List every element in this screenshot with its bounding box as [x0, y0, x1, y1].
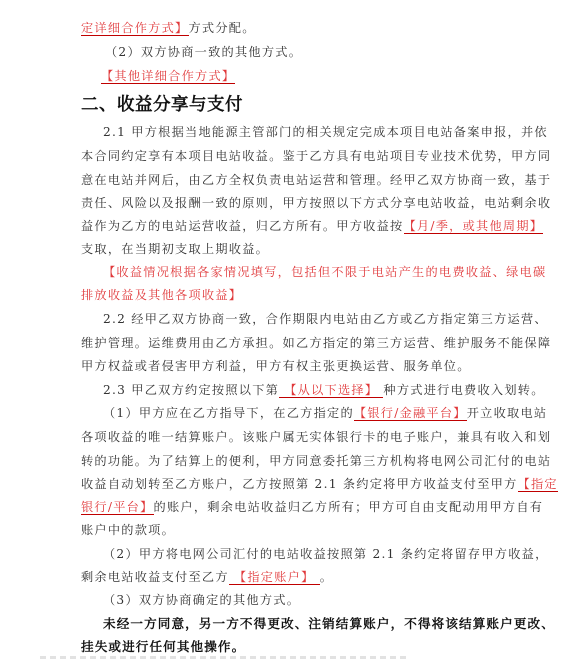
paragraph-line: （1）甲方应在乙方指导下，在乙方指定的【银行/金融平台】开立收取电站 — [103, 401, 547, 425]
placeholder-field[interactable]: 【指定 — [518, 477, 558, 492]
paragraph-line: 益作为乙方的电站运营收益，归乙方所有。甲方收益按【月/季，或其他周期】 — [81, 214, 543, 238]
bold-clause: 未经一方同意，另一方不得更改、注销结算账户，不得将该结算账户更改、 — [103, 612, 555, 636]
paragraph-line: 2.2 经甲乙双方协商一致，合作期限内电站由乙方或乙方指定第三方运营、 — [103, 307, 548, 331]
paragraph-line: 剩余电站收益支付至乙方 【指定账户】 。 — [81, 565, 333, 589]
placeholder-field[interactable]: 定详细合作方式】 — [81, 21, 189, 36]
paragraph-line: 维护管理。运维费用由乙方承担。如乙方指定的第三方运营、维护服务不能保障 — [81, 331, 551, 355]
paragraph-line: 2.1 甲方根据当地能源主管部门的相关规定完成本项目电站备案申报，并依 — [103, 120, 548, 144]
placeholder-note: 【收益情况根据各家情况填写，包括但不限于电站产生的电费收益、绿电碳 — [103, 260, 546, 284]
text-segment: 种方式进行电费收入划转。 — [383, 383, 544, 397]
paragraph-line: 定详细合作方式】方式分配。 — [81, 16, 256, 40]
text-segment: 。 — [320, 570, 333, 584]
paragraph-line: 转的功能。为了结算上的便利，甲方同意委托第三方机构将电网公司汇付的电站 — [81, 449, 551, 473]
text-segment: 开立收取电站 — [467, 406, 548, 420]
paragraph-line: 【其他详细合作方式】 — [101, 64, 235, 88]
paragraph-line: 本合同约定享有本项目电站收益。鉴于乙方具有电站项目专业技术优势，甲方同 — [81, 144, 551, 168]
paragraph-line: 甲方权益或者侵害甲方利益，甲方有权主张更换运营、服务单位。 — [81, 354, 471, 378]
paragraph-line: 账户中的款项。 — [81, 518, 175, 542]
paragraph-line: 2.3 甲乙双方约定按照以下第 【从以下选择】 种方式进行电费收入划转。 — [103, 378, 545, 402]
text-segment: 方式分配。 — [189, 21, 256, 35]
text-segment: 剩余电站收益支付至乙方 — [81, 570, 229, 584]
cut-off-line — [40, 656, 410, 659]
text-segment: 的账户，剩余电站收益归乙方所有；甲方可自由支配动用甲方自有 — [154, 500, 544, 514]
text-segment: （1）甲方应在乙方指导下，在乙方指定的 — [103, 406, 354, 420]
text-segment: 2.3 甲乙双方约定按照以下第 — [103, 383, 279, 397]
paragraph-line: （2）双方协商一致的其他方式。 — [105, 40, 302, 64]
placeholder-field[interactable]: 【指定账户】 — [229, 570, 320, 585]
placeholder-field[interactable]: 【银行/金融平台】 — [354, 406, 467, 421]
placeholder-note: 排放收益及其他各项收益】 — [81, 283, 242, 307]
placeholder-field[interactable]: 【其他详细合作方式】 — [101, 69, 235, 84]
paragraph-line: 意在电站并网后，由乙方全权负责电站运营和管理。经甲乙双方协商一致，基于 — [81, 168, 551, 192]
paragraph-line: 支取，在当期初支取上期收益。 — [81, 237, 269, 261]
placeholder-field[interactable]: 【从以下选择】 — [279, 383, 383, 398]
paragraph-line: （3）双方协商确定的其他方式。 — [103, 588, 300, 612]
paragraph-line: （2）甲方将电网公司汇付的电站收益按照第 2.1 条约定将留存甲方收益， — [103, 542, 549, 566]
placeholder-field[interactable]: 【月/季，或其他周期】 — [404, 219, 544, 234]
text-segment: 收益自动划转至乙方账户，乙方按照第 2.1 条约定将甲方收益支付至甲方 — [81, 477, 518, 491]
paragraph-line: 责任、风险以及报酬一致的原则，甲方按照以下方式分享电站收益，电站剩余收 — [81, 191, 551, 215]
text-segment: 益作为乙方的电站运营收益，归乙方所有。甲方收益按 — [81, 219, 404, 233]
placeholder-field[interactable]: 银行/平台】 — [81, 500, 154, 515]
paragraph-line: 各项收益的唯一结算账户。该账户属无实体银行卡的电子账户，兼具有收入和划 — [81, 425, 551, 449]
paragraph-line: 收益自动划转至乙方账户，乙方按照第 2.1 条约定将甲方收益支付至甲方【指定 — [81, 472, 558, 496]
section-heading: 二、收益分享与支付 — [81, 91, 243, 119]
paragraph-line: 银行/平台】的账户，剩余电站收益归乙方所有；甲方可自由支配动用甲方自有 — [81, 495, 543, 519]
